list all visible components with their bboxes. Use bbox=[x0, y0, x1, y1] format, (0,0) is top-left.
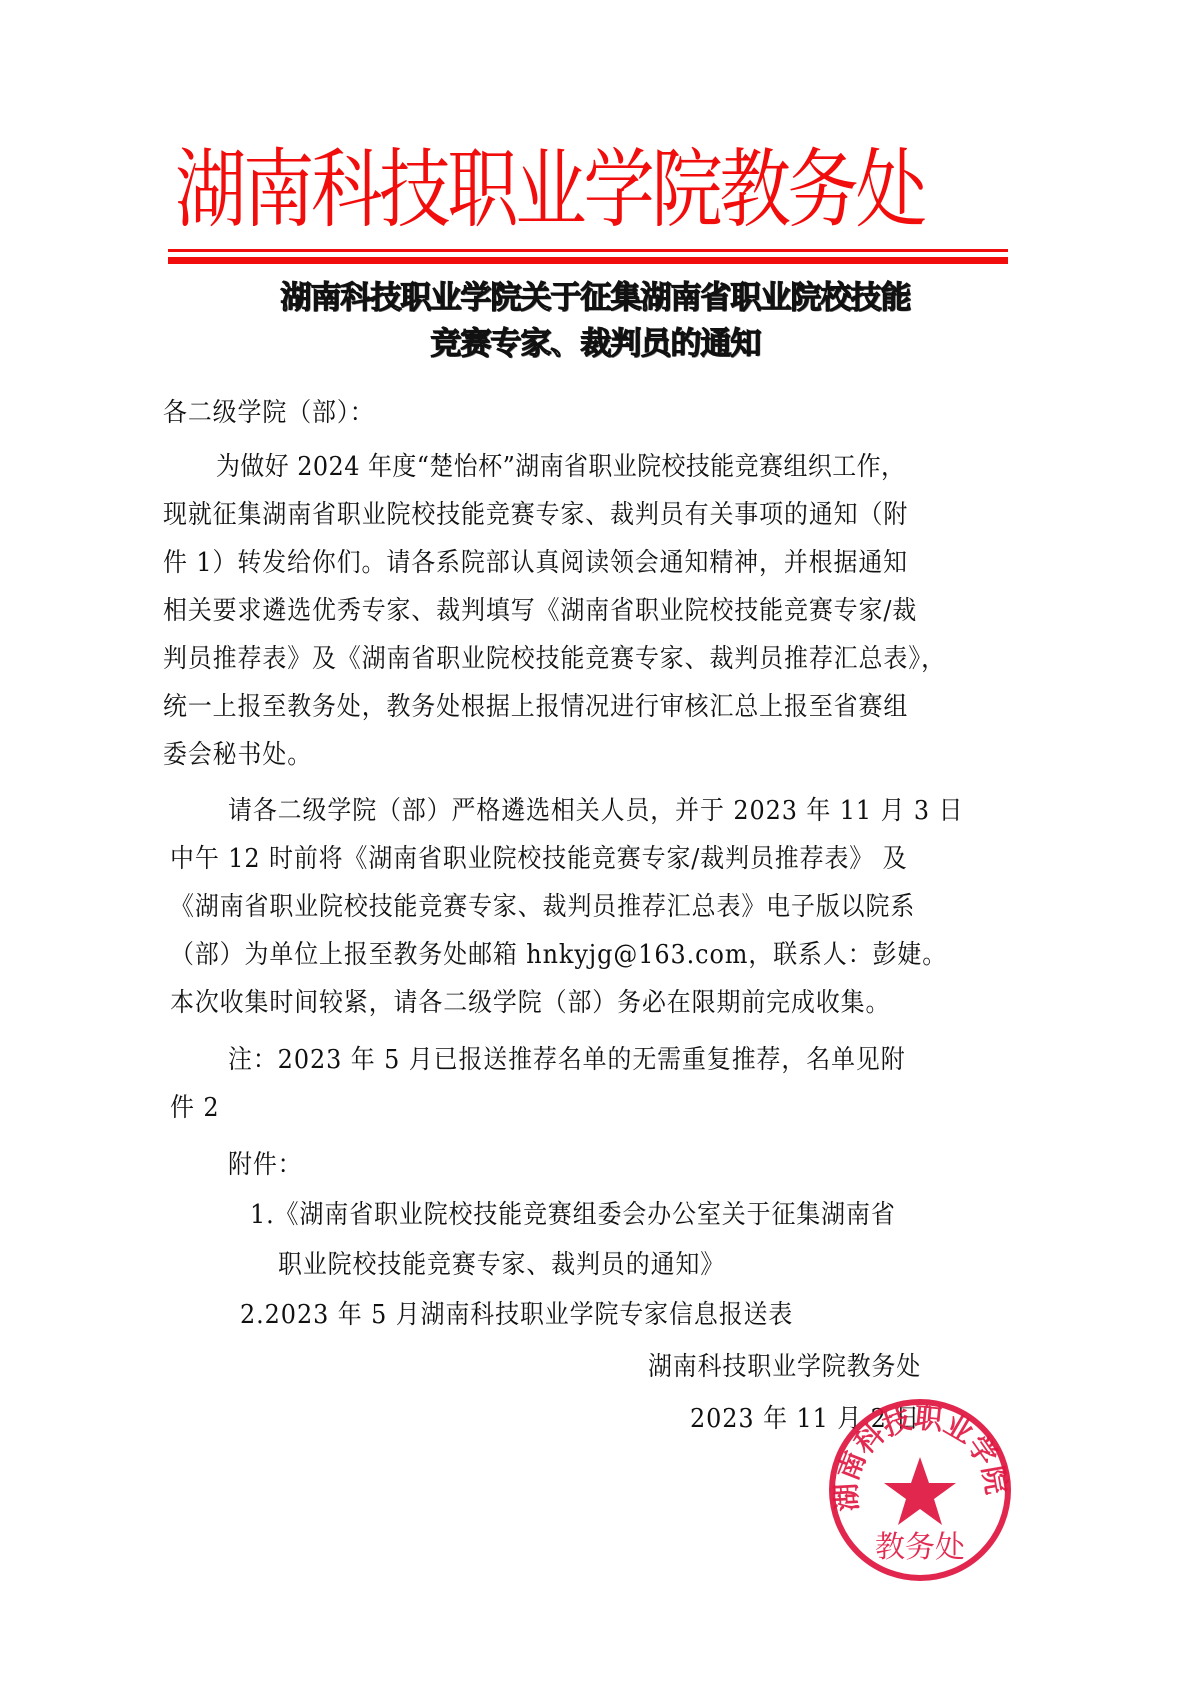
paragraph-2-line: 中午 12 时前将《湖南省职业院校技能竞赛专家/裁判员推荐表》 及 bbox=[170, 844, 908, 874]
paragraph-2-line: 《湖南省职业院校技能竞赛专家、裁判员推荐汇总表》电子版以院系 bbox=[170, 892, 915, 922]
letterhead-rule-thick bbox=[168, 257, 1008, 264]
attachment-item-1: 1.《湖南省职业院校技能竞赛组委会办公室关于征集湖南省 bbox=[250, 1200, 896, 1230]
paragraph-1-line: 委会秘书处。 bbox=[163, 740, 312, 770]
star-icon bbox=[884, 1457, 956, 1525]
attachment-number: 1. bbox=[250, 1200, 275, 1230]
paragraph-1-line: 现就征集湖南省职业院校技能竞赛专家、裁判员有关事项的通知（附 bbox=[163, 500, 908, 530]
note-line: 件 2 bbox=[170, 1093, 220, 1123]
paragraph-1-line: 统一上报至教务处，教务处根据上报情况进行审核汇总上报至省赛组 bbox=[163, 692, 908, 722]
attachments-label: 附件： bbox=[228, 1150, 303, 1180]
seal-stamp-icon: 湖南科技职业学院 教务处 bbox=[825, 1395, 1015, 1585]
note-line: 注：2023 年 5 月已报送推荐名单的无需重复推荐，名单见附 bbox=[228, 1045, 906, 1075]
document-title-line-1: 湖南科技职业学院关于征集湖南省职业院校技能 bbox=[0, 272, 1191, 317]
document-title-line-2: 竞赛专家、裁判员的通知 bbox=[0, 318, 1191, 363]
attachment-title: 2023 年 5 月湖南科技职业学院专家信息报送表 bbox=[265, 1300, 794, 1330]
letterhead-rule-thin bbox=[168, 249, 1008, 252]
attachment-item-2: 2.2023 年 5 月湖南科技职业学院专家信息报送表 bbox=[240, 1300, 793, 1330]
paragraph-1-line: 为做好 2024 年度“楚怡杯”湖南省职业院校技能竞赛组织工作， bbox=[216, 452, 905, 482]
salutation: 各二级学院（部）： bbox=[163, 398, 375, 428]
signature-issuer: 湖南科技职业学院教务处 bbox=[648, 1352, 921, 1382]
attachment-item-1-continued: 职业院校技能竞赛专家、裁判员的通知》 bbox=[278, 1250, 725, 1280]
org-letterhead-title: 湖南科技职业学院教务处 bbox=[175, 140, 864, 240]
attachment-title: 《湖南省职业院校技能竞赛组委会办公室关于征集湖南省 bbox=[275, 1200, 896, 1230]
paragraph-1-line: 相关要求遴选优秀专家、裁判填写《湖南省职业院校技能竞赛专家/裁 bbox=[163, 596, 917, 626]
paragraph-1-line: 件 1）转发给你们。请各系院部认真阅读领会通知精神，并根据通知 bbox=[163, 548, 908, 578]
seal-center-text: 教务处 bbox=[875, 1530, 965, 1565]
official-seal: 湖南科技职业学院 教务处 bbox=[825, 1395, 1015, 1585]
paragraph-2-line: 本次收集时间较紧，请各二级学院（部）务必在限期前完成收集。 bbox=[170, 988, 890, 1018]
paragraph-1-line: 判员推荐表》及《湖南省职业院校技能竞赛专家、裁判员推荐汇总表》， bbox=[163, 644, 946, 674]
attachment-number: 2. bbox=[240, 1300, 265, 1330]
paragraph-2-line: （部）为单位上报至教务处邮箱 hnkyjg@163.com，联系人：彭婕。 bbox=[170, 940, 947, 970]
paragraph-2-line: 请各二级学院（部）严格遴选相关人员，并于 2023 年 11 月 3 日 bbox=[228, 796, 963, 826]
